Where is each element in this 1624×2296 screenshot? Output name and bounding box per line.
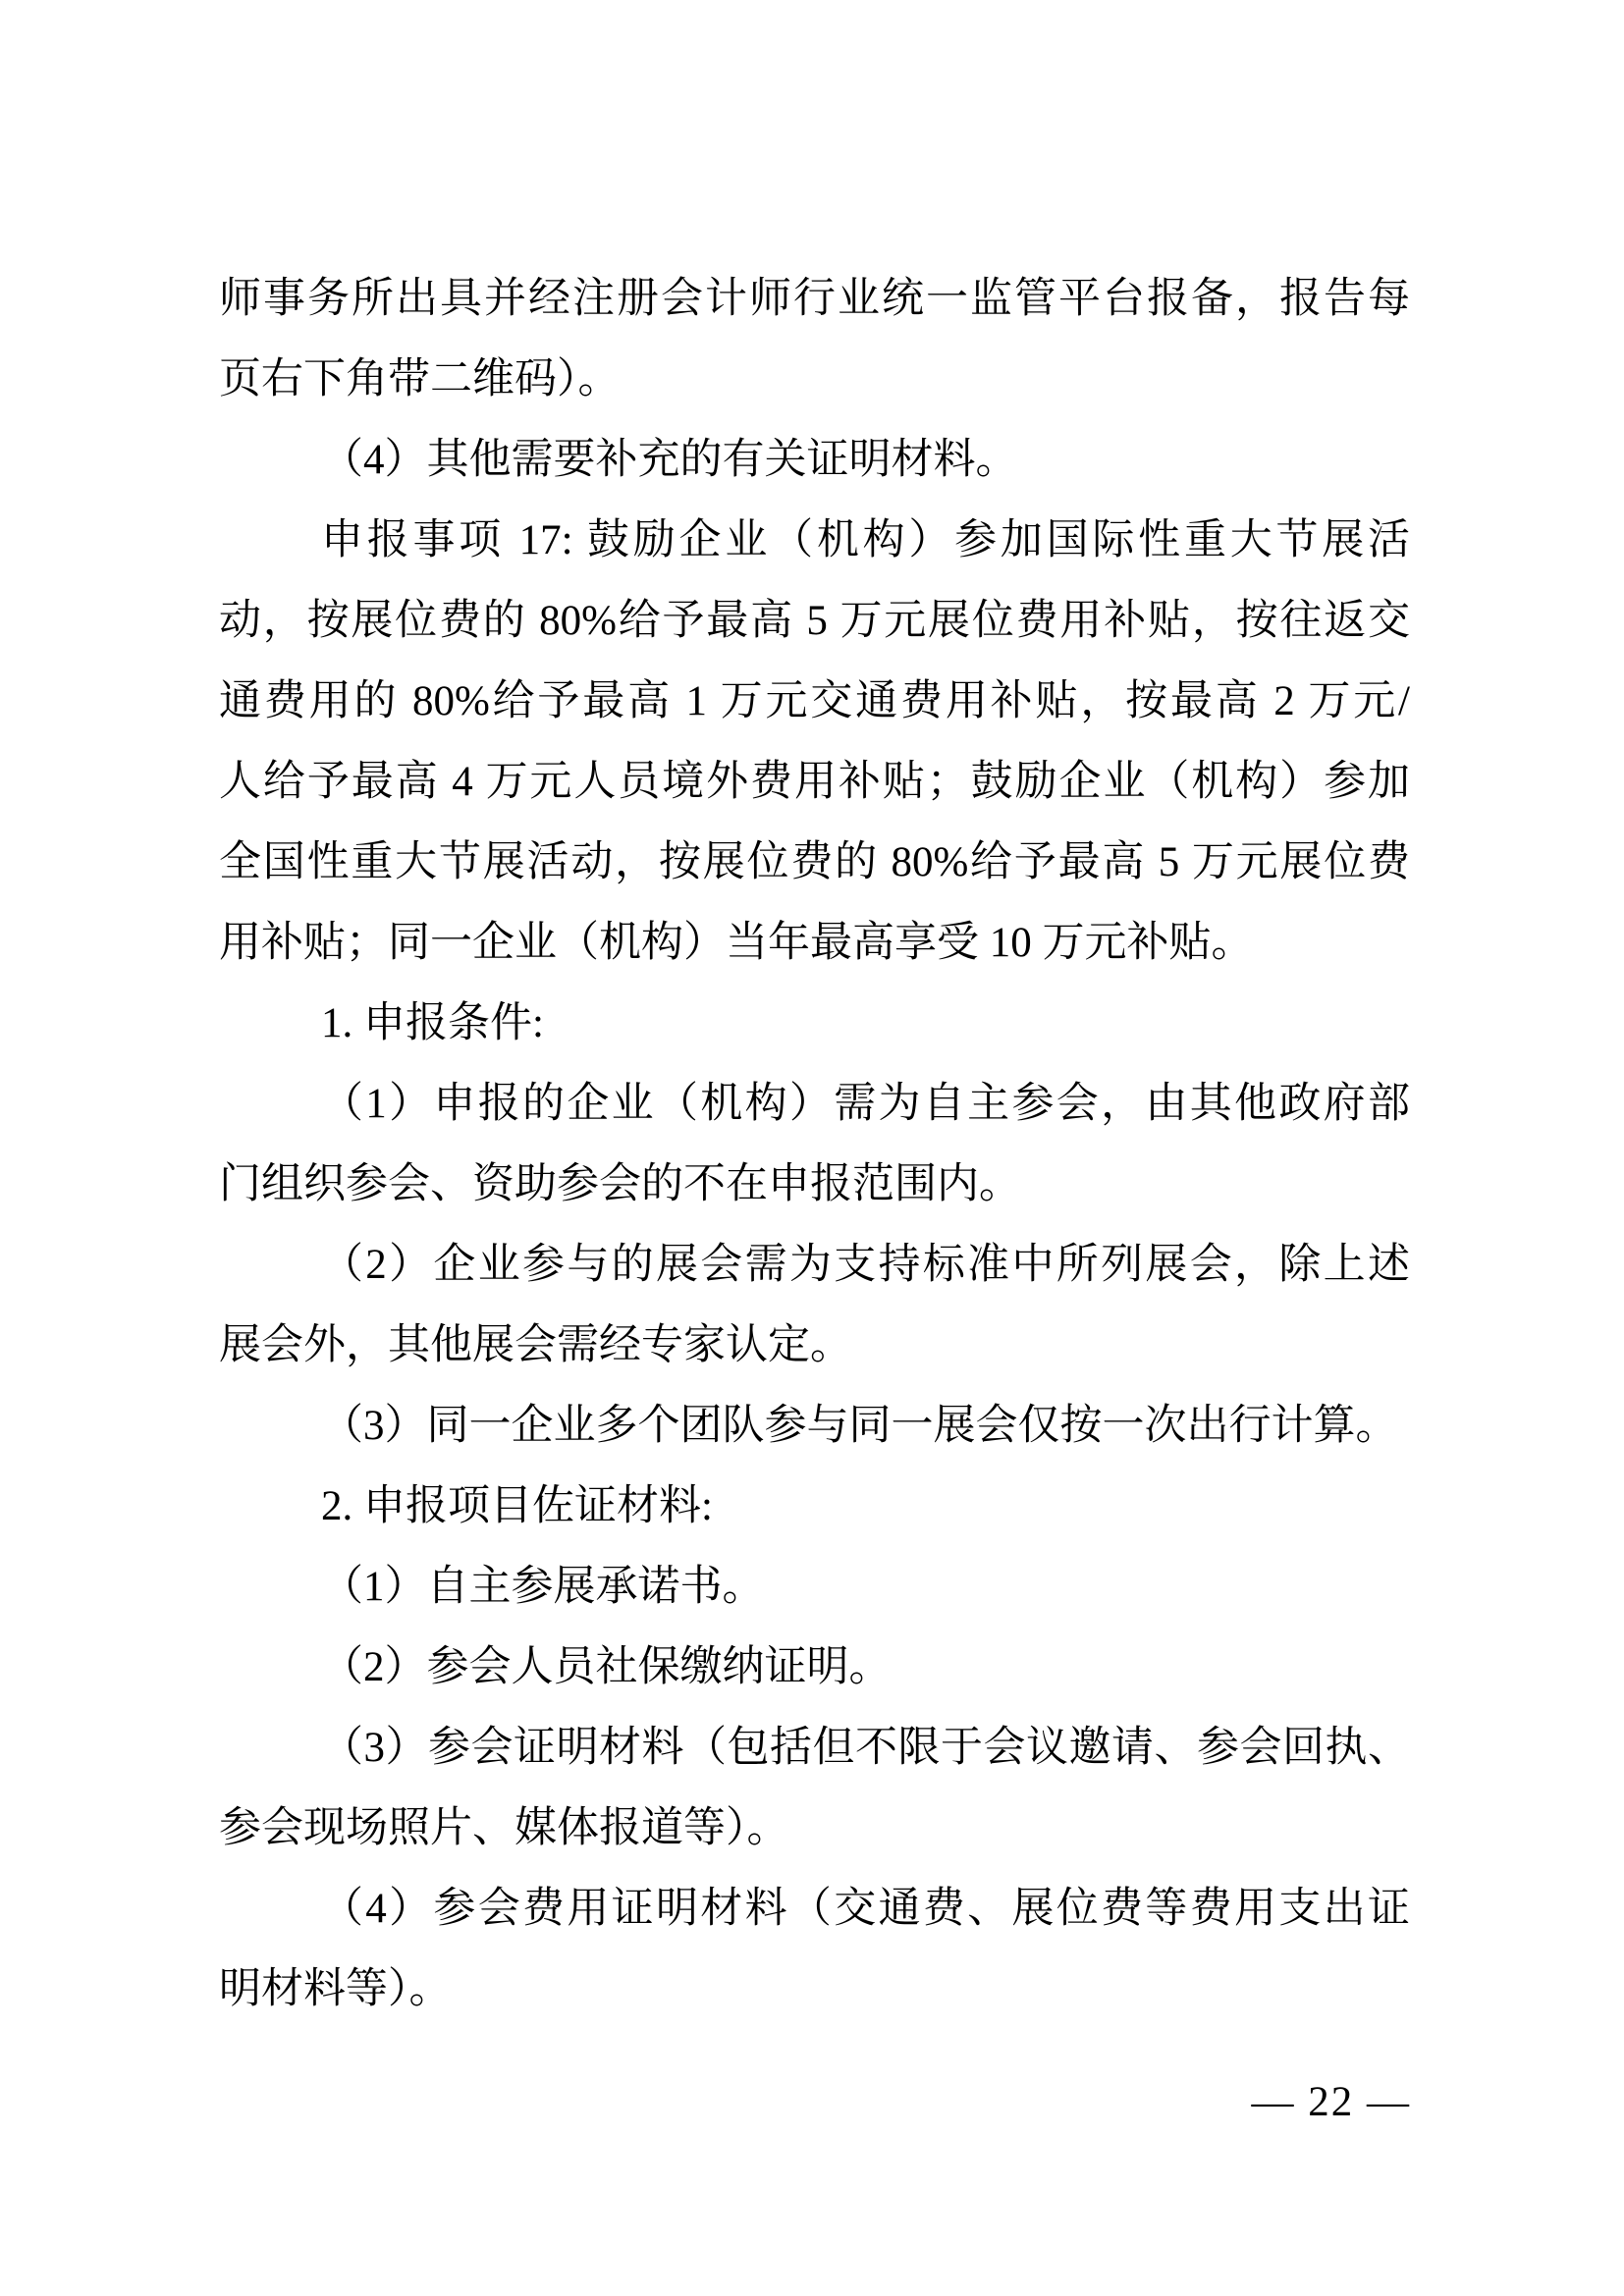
text-line: 2. 申报项目佐证材料:: [219, 1467, 1410, 1547]
text-line: （2）参会人员社保缴纳证明。: [219, 1628, 1410, 1708]
text-line: 全国性重大节展活动，按展位费的 80%给予最高 5 万元展位费: [219, 823, 1410, 903]
text-line: （3）参会证明材料（包括但不限于会议邀请、参会回执、: [219, 1708, 1410, 1789]
document-page: 师事务所出具并经注册会计师行业统一监管平台报备，报告每页右下角带二维码）。（4）…: [0, 0, 1624, 2296]
text-line: 用补贴；同一企业（机构）当年最高享受 10 万元补贴。: [219, 903, 1410, 984]
text-line: 展会外，其他展会需经专家认定。: [219, 1306, 1410, 1386]
document-body: 师事务所出具并经注册会计师行业统一监管平台报备，报告每页右下角带二维码）。（4）…: [219, 259, 1410, 2030]
text-line: 师事务所出具并经注册会计师行业统一监管平台报备，报告每: [219, 259, 1410, 340]
text-line: 申报事项 17: 鼓励企业（机构）参加国际性重大节展活: [219, 501, 1410, 581]
text-line: （4）其他需要补充的有关证明材料。: [219, 420, 1410, 501]
text-line: （1）申报的企业（机构）需为自主参会，由其他政府部: [219, 1064, 1410, 1145]
page-number: — 22 —: [1252, 2073, 1412, 2132]
text-line: 人给予最高 4 万元人员境外费用补贴；鼓励企业（机构）参加: [219, 742, 1410, 823]
text-line: （1）自主参展承诺书。: [219, 1547, 1410, 1628]
text-line: （3）同一企业多个团队参与同一展会仅按一次出行计算。: [219, 1386, 1410, 1467]
text-line: 参会现场照片、媒体报道等）。: [219, 1789, 1410, 1869]
text-line: 动，按展位费的 80%给予最高 5 万元展位费用补贴，按往返交: [219, 581, 1410, 662]
text-line: 1. 申报条件:: [219, 984, 1410, 1064]
text-line: 门组织参会、资助参会的不在申报范围内。: [219, 1145, 1410, 1225]
text-line: （4）参会费用证明材料（交通费、展位费等费用支出证: [219, 1869, 1410, 1949]
text-line: 页右下角带二维码）。: [219, 340, 1410, 420]
text-line: 通费用的 80%给予最高 1 万元交通费用补贴，按最高 2 万元/: [219, 662, 1410, 742]
text-line: 明材料等）。: [219, 1949, 1410, 2030]
text-line: （2）企业参与的展会需为支持标准中所列展会，除上述: [219, 1225, 1410, 1306]
